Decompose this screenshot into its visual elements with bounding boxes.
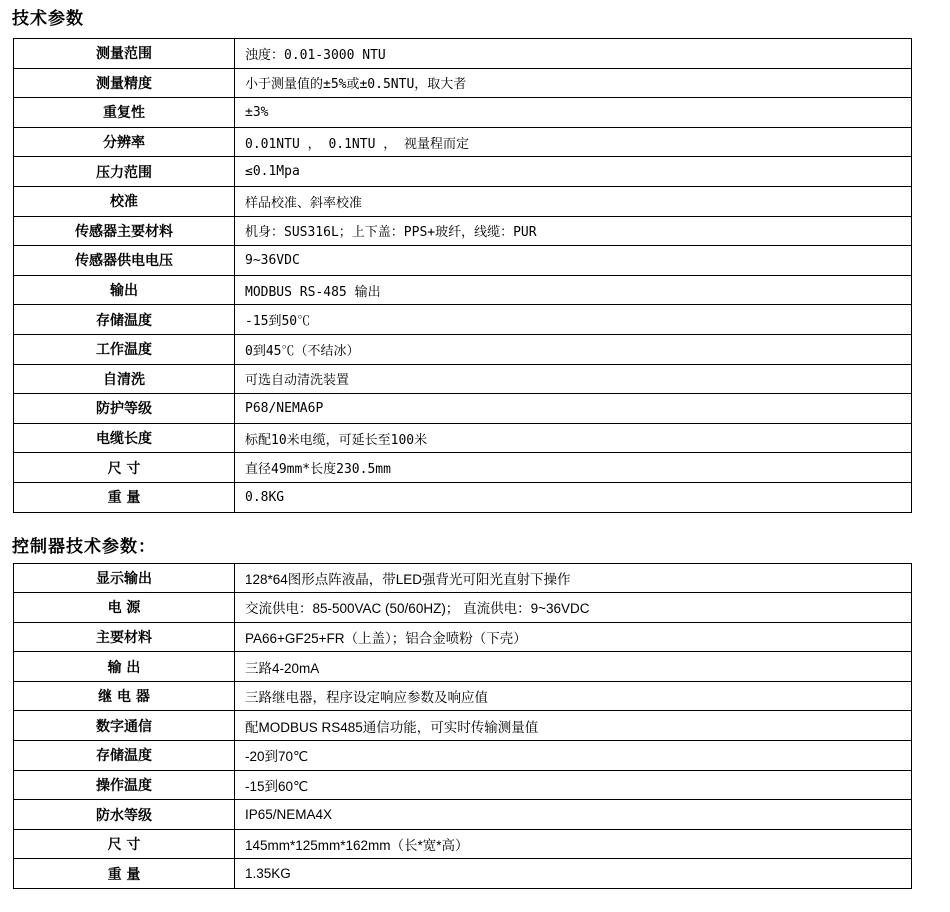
table-row: 重 量0.8KG [14, 482, 912, 512]
param-name-cell: 输出 [14, 275, 235, 305]
param-value-cell: ≤0.1Mpa [235, 157, 912, 187]
param-value-cell: PA66+GF25+FR（上盖）；铝合金喷粉（下壳） [235, 622, 912, 652]
param-value-cell: 浊度：0.01-3000 NTU [235, 39, 912, 69]
param-name-cell: 继 电 器 [14, 681, 235, 711]
table-row: 尺 寸145mm*125mm*162mm（长*宽*高） [14, 829, 912, 859]
param-name-cell: 校准 [14, 186, 235, 216]
controller-section-title: 控制器技术参数： [12, 538, 950, 557]
controller-spec-table-body: 显示输出128*64图形点阵液晶，带LED强背光可阳光直射下操作电 源交流供电：… [14, 563, 912, 889]
table-row: 操作温度-15到60℃ [14, 770, 912, 800]
sensor-section-title: 技术参数 [12, 10, 950, 29]
param-name-cell: 尺 寸 [14, 453, 235, 483]
param-value-cell: 0到45℃（不结冰） [235, 334, 912, 364]
param-name-cell: 重 量 [14, 482, 235, 512]
param-name-cell: 输 出 [14, 652, 235, 682]
table-row: 尺 寸直径49mm*长度230.5mm [14, 453, 912, 483]
param-value-cell: 直径49mm*长度230.5mm [235, 453, 912, 483]
controller-spec-table: 显示输出128*64图形点阵液晶，带LED强背光可阳光直射下操作电 源交流供电：… [13, 563, 912, 890]
table-row: 自清洗可选自动清洗装置 [14, 364, 912, 394]
param-value-cell: 样品校准、斜率校准 [235, 186, 912, 216]
param-value-cell: 0.01NTU ， 0.1NTU ， 视量程而定 [235, 127, 912, 157]
param-value-cell: 交流供电：85-500VAC (50/60HZ)； 直流供电：9~36VDC [235, 593, 912, 623]
param-value-cell: 机身：SUS316L；上下盖：PPS+玻纤，线缆：PUR [235, 216, 912, 246]
param-name-cell: 显示输出 [14, 563, 235, 593]
param-name-cell: 操作温度 [14, 770, 235, 800]
param-value-cell: -20到70℃ [235, 741, 912, 771]
table-row: 压力范围≤0.1Mpa [14, 157, 912, 187]
table-row: 电缆长度标配10米电缆，可延长至100米 [14, 423, 912, 453]
param-value-cell: P68/NEMA6P [235, 394, 912, 424]
table-row: 重复性±3% [14, 98, 912, 128]
param-value-cell: 128*64图形点阵液晶，带LED强背光可阳光直射下操作 [235, 563, 912, 593]
table-row: 输出MODBUS RS-485 输出 [14, 275, 912, 305]
param-value-cell: 可选自动清洗装置 [235, 364, 912, 394]
table-row: 传感器主要材料机身：SUS316L；上下盖：PPS+玻纤，线缆：PUR [14, 216, 912, 246]
param-value-cell: ±3% [235, 98, 912, 128]
param-name-cell: 重 量 [14, 859, 235, 889]
param-value-cell: 三路继电器，程序设定响应参数及响应值 [235, 681, 912, 711]
table-row: 防护等级P68/NEMA6P [14, 394, 912, 424]
param-value-cell: 9~36VDC [235, 246, 912, 276]
table-row: 主要材料PA66+GF25+FR（上盖）；铝合金喷粉（下壳） [14, 622, 912, 652]
param-value-cell: 1.35KG [235, 859, 912, 889]
param-name-cell: 传感器主要材料 [14, 216, 235, 246]
table-row: 数字通信配MODBUS RS485通信功能，可实时传输测量值 [14, 711, 912, 741]
table-row: 测量范围浊度：0.01-3000 NTU [14, 39, 912, 69]
table-row: 测量精度小于测量值的±5%或±0.5NTU，取大者 [14, 68, 912, 98]
param-value-cell: -15到50℃ [235, 305, 912, 335]
param-name-cell: 自清洗 [14, 364, 235, 394]
table-row: 分辨率0.01NTU ， 0.1NTU ， 视量程而定 [14, 127, 912, 157]
param-value-cell: 145mm*125mm*162mm（长*宽*高） [235, 829, 912, 859]
param-name-cell: 存储温度 [14, 741, 235, 771]
sensor-spec-table-body: 测量范围浊度：0.01-3000 NTU测量精度小于测量值的±5%或±0.5NT… [14, 39, 912, 513]
table-row: 继 电 器三路继电器，程序设定响应参数及响应值 [14, 681, 912, 711]
table-row: 存储温度-15到50℃ [14, 305, 912, 335]
table-row: 传感器供电电压9~36VDC [14, 246, 912, 276]
param-name-cell: 电 源 [14, 593, 235, 623]
param-name-cell: 电缆长度 [14, 423, 235, 453]
table-row: 工作温度0到45℃（不结冰） [14, 334, 912, 364]
param-value-cell: 配MODBUS RS485通信功能，可实时传输测量值 [235, 711, 912, 741]
param-value-cell: IP65/NEMA4X [235, 800, 912, 830]
table-row: 校准样品校准、斜率校准 [14, 186, 912, 216]
table-row: 显示输出128*64图形点阵液晶，带LED强背光可阳光直射下操作 [14, 563, 912, 593]
table-row: 输 出三路4-20mA [14, 652, 912, 682]
spec-document: 技术参数 测量范围浊度：0.01-3000 NTU测量精度小于测量值的±5%或±… [0, 0, 950, 889]
param-name-cell: 传感器供电电压 [14, 246, 235, 276]
param-name-cell: 尺 寸 [14, 829, 235, 859]
param-value-cell: 三路4-20mA [235, 652, 912, 682]
sensor-spec-table: 测量范围浊度：0.01-3000 NTU测量精度小于测量值的±5%或±0.5NT… [13, 38, 912, 513]
param-value-cell: 0.8KG [235, 482, 912, 512]
param-value-cell: 小于测量值的±5%或±0.5NTU，取大者 [235, 68, 912, 98]
param-name-cell: 工作温度 [14, 334, 235, 364]
table-row: 防水等级IP65/NEMA4X [14, 800, 912, 830]
param-name-cell: 测量范围 [14, 39, 235, 69]
param-name-cell: 主要材料 [14, 622, 235, 652]
table-row: 存储温度-20到70℃ [14, 741, 912, 771]
param-name-cell: 压力范围 [14, 157, 235, 187]
table-row: 电 源交流供电：85-500VAC (50/60HZ)； 直流供电：9~36VD… [14, 593, 912, 623]
table-row: 重 量1.35KG [14, 859, 912, 889]
param-name-cell: 测量精度 [14, 68, 235, 98]
param-name-cell: 存储温度 [14, 305, 235, 335]
param-name-cell: 防护等级 [14, 394, 235, 424]
param-name-cell: 分辨率 [14, 127, 235, 157]
document-page: 技术参数 测量范围浊度：0.01-3000 NTU测量精度小于测量值的±5%或±… [0, 0, 950, 912]
param-name-cell: 防水等级 [14, 800, 235, 830]
param-name-cell: 重复性 [14, 98, 235, 128]
param-name-cell: 数字通信 [14, 711, 235, 741]
param-value-cell: 标配10米电缆，可延长至100米 [235, 423, 912, 453]
param-value-cell: -15到60℃ [235, 770, 912, 800]
param-value-cell: MODBUS RS-485 输出 [235, 275, 912, 305]
